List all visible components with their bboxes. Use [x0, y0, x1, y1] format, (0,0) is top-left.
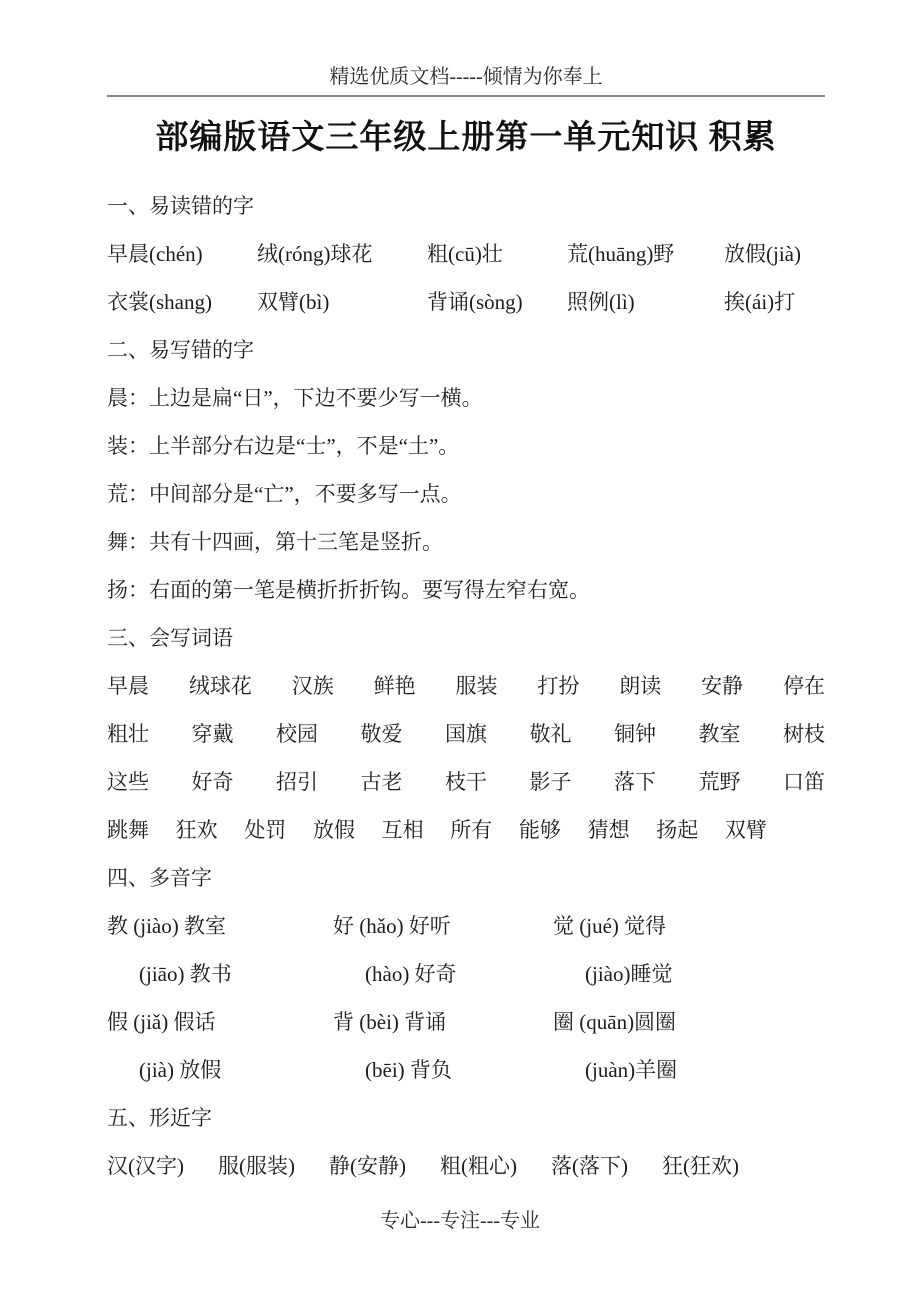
- tip-line: 晨：上边是扁“日”，下边不要少写一横。: [107, 374, 825, 422]
- polyphone-row: (jià) 放假 (bēi) 背负 (juàn)羊圈: [107, 1046, 825, 1094]
- word: 早晨: [107, 662, 149, 710]
- word: 放假: [313, 806, 355, 854]
- document-page: 精选优质文档-----倾情为你奉上 部编版语文三年级上册第一单元知识 积累 一、…: [0, 0, 920, 1302]
- word: 处罚: [244, 806, 286, 854]
- pinyin-row: 早晨(chén) 绒(róng)球花 粗(cū)壮 荒(huāng)野 放假(j…: [107, 230, 825, 278]
- pinyin-word: 放假(jià): [724, 230, 825, 278]
- word: 荒野: [699, 758, 741, 806]
- polyphone-row: 假 (jiǎ) 假话 背 (bèi) 背诵 圈 (quān)圆圈: [107, 998, 825, 1046]
- word: 国旗: [445, 710, 487, 758]
- section-heading-4: 四、多音字: [107, 854, 825, 902]
- word: 鲜艳: [374, 662, 416, 710]
- word: 招引: [276, 758, 318, 806]
- polyphone-entry: 觉 (jué) 觉得: [553, 902, 825, 950]
- polyphone-entry: 圈 (quān)圆圈: [553, 998, 825, 1046]
- pinyin-word: 衣裳(shang): [107, 278, 257, 326]
- word: 穿戴: [192, 710, 234, 758]
- polyphone-entry: 教 (jiào) 教室: [107, 902, 333, 950]
- similar-word: 狂(狂欢): [662, 1142, 739, 1190]
- polyphone-row: (jiāo) 教书 (hào) 好奇 (jiào)睡觉: [107, 950, 825, 998]
- pinyin-word: 照例(lì): [567, 278, 724, 326]
- similar-word: 服(服装): [218, 1142, 295, 1190]
- polyphone-entry: 好 (hǎo) 好听: [333, 902, 553, 950]
- word: 服装: [456, 662, 498, 710]
- word: 教室: [699, 710, 741, 758]
- word: 枝干: [445, 758, 487, 806]
- tip-line: 舞：共有十四画，第十三笔是竖折。: [107, 518, 825, 566]
- section-heading-1: 一、易读错的字: [107, 182, 825, 230]
- word: 影子: [530, 758, 572, 806]
- header-divider: [107, 95, 825, 97]
- word: 停在: [783, 662, 825, 710]
- word-row: 跳舞 狂欢 处罚 放假 互相 所有 能够 猜想 扬起 双臂: [107, 806, 767, 854]
- pinyin-word: 双臂(bì): [257, 278, 427, 326]
- similar-word: 静(安静): [329, 1142, 406, 1190]
- pinyin-word: 粗(cū)壮: [427, 230, 567, 278]
- section-heading-3: 三、会写词语: [107, 614, 825, 662]
- word: 落下: [614, 758, 656, 806]
- page-footer: 专心---专注---专业: [0, 1204, 920, 1233]
- page-header: 精选优质文档-----倾情为你奉上: [0, 0, 920, 95]
- word: 好奇: [192, 758, 234, 806]
- word: 猜想: [588, 806, 630, 854]
- word: 粗壮: [107, 710, 149, 758]
- similar-word: 粗(粗心): [440, 1142, 517, 1190]
- polyphone-entry: (jiào)睡觉: [553, 950, 825, 998]
- polyphone-entry: 假 (jiǎ) 假话: [107, 998, 333, 1046]
- word: 扬起: [656, 806, 698, 854]
- word: 树枝: [783, 710, 825, 758]
- word: 跳舞: [107, 806, 149, 854]
- page-title: 部编版语文三年级上册第一单元知识 积累: [107, 111, 825, 158]
- tip-line: 扬：右面的第一笔是横折折折钩。要写得左窄右宽。: [107, 566, 825, 614]
- word: 敬礼: [530, 710, 572, 758]
- tip-line: 荒：中间部分是“亡”，不要多写一点。: [107, 470, 825, 518]
- similar-word: 汉(汉字): [107, 1142, 184, 1190]
- word-row: 这些 好奇 招引 古老 枝干 影子 落下 荒野 口笛: [107, 758, 825, 806]
- section-heading-2: 二、易写错的字: [107, 326, 825, 374]
- polyphone-entry: (jià) 放假: [107, 1046, 333, 1094]
- word: 铜钟: [614, 710, 656, 758]
- polyphone-entry: (juàn)羊圈: [553, 1046, 825, 1094]
- word: 所有: [450, 806, 492, 854]
- pinyin-word: 荒(huāng)野: [567, 230, 724, 278]
- word: 打扮: [537, 662, 579, 710]
- polyphone-entry: (hào) 好奇: [333, 950, 553, 998]
- word-row: 早晨 绒球花 汉族 鲜艳 服装 打扮 朗读 安静 停在: [107, 662, 825, 710]
- pinyin-row: 衣裳(shang) 双臂(bì) 背诵(sòng) 照例(lì) 挨(ái)打: [107, 278, 825, 326]
- pinyin-word: 背诵(sòng): [427, 278, 567, 326]
- word: 互相: [382, 806, 424, 854]
- pinyin-word: 挨(ái)打: [724, 278, 825, 326]
- word: 口笛: [783, 758, 825, 806]
- word: 狂欢: [176, 806, 218, 854]
- polyphone-entry: (jiāo) 教书: [107, 950, 333, 998]
- word: 古老: [361, 758, 403, 806]
- word: 能够: [519, 806, 561, 854]
- word: 双臂: [725, 806, 767, 854]
- word: 朗读: [619, 662, 661, 710]
- word: 安静: [701, 662, 743, 710]
- footer-slogan: 专心---专注---专业: [380, 1210, 540, 1232]
- pinyin-word: 绒(róng)球花: [257, 230, 427, 278]
- similar-characters-row: 汉(汉字) 服(服装) 静(安静) 粗(粗心) 落(落下) 狂(狂欢): [107, 1142, 825, 1190]
- tip-line: 装：上半部分右边是“士”，不是“土”。: [107, 422, 825, 470]
- word-row: 粗壮 穿戴 校园 敬爱 国旗 敬礼 铜钟 教室 树枝: [107, 710, 825, 758]
- polyphone-entry: (bēi) 背负: [333, 1046, 553, 1094]
- polyphone-row: 教 (jiào) 教室 好 (hǎo) 好听 觉 (jué) 觉得: [107, 902, 825, 950]
- word: 校园: [276, 710, 318, 758]
- word: 这些: [107, 758, 149, 806]
- word: 敬爱: [361, 710, 403, 758]
- polyphone-entry: 背 (bèi) 背诵: [333, 998, 553, 1046]
- header-slogan: 精选优质文档-----倾情为你奉上: [329, 66, 602, 88]
- word: 绒球花: [189, 662, 252, 710]
- pinyin-word: 早晨(chén): [107, 230, 257, 278]
- document-body: 一、易读错的字 早晨(chén) 绒(róng)球花 粗(cū)壮 荒(huān…: [107, 182, 825, 1190]
- word: 汉族: [292, 662, 334, 710]
- section-heading-5: 五、形近字: [107, 1094, 825, 1142]
- similar-word: 落(落下): [551, 1142, 628, 1190]
